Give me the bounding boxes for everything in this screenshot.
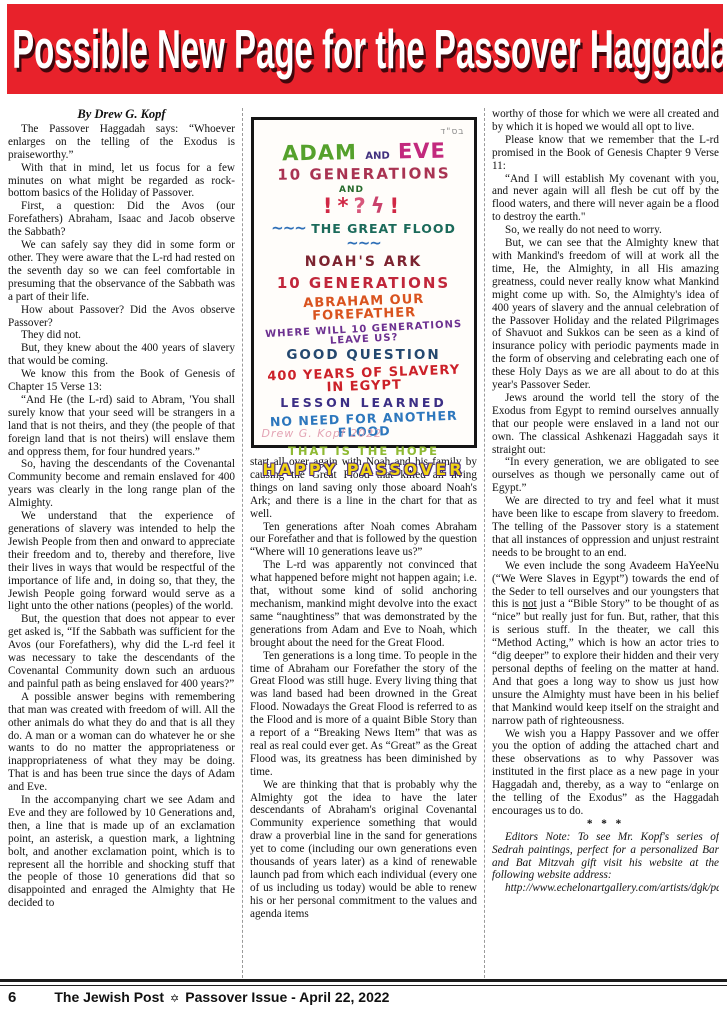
chart-line-and: AND: [242, 186, 462, 195]
column-right: worthy of those for which we were all cr…: [484, 108, 719, 978]
chart-line-happy-passover: HAPPY PASSOVER: [256, 462, 472, 478]
chart-line-adam-eve: ADAM AND EVE: [255, 140, 471, 165]
haggadah-chart: בס"ד ADAM AND EVE 10 GENERATIONS AND !*?…: [251, 117, 477, 448]
paragraph: So, having the descendants of the Covena…: [8, 458, 235, 510]
paragraph: So, we really do not need to worry.: [492, 224, 719, 237]
paragraph: The L-rd was apparently not convinced th…: [250, 559, 477, 649]
article-columns: By Drew G. Kopf The Passover Haggadah sa…: [8, 108, 719, 978]
star-of-david-icon: ✡: [170, 992, 179, 1005]
chart-line-where-will: WHERE WILL 10 GENERATIONS LEAVE US?: [255, 319, 472, 350]
page-title: A Possible New Page for the Passover Hag…: [7, 17, 723, 81]
chart-line-10-generations-2: 10 GENERATIONS: [256, 276, 472, 291]
column-middle: בס"ד ADAM AND EVE 10 GENERATIONS AND !*?…: [242, 108, 477, 978]
chart-line-lesson-learned: LESSON LEARNED: [256, 397, 472, 410]
website-url[interactable]: http://www.echelonartgallery.com/artists…: [492, 882, 719, 895]
paragraph: Jews around the world tell the story of …: [492, 392, 719, 457]
paragraph: How about Passover? Did the Avos observe…: [8, 304, 235, 330]
page-number: 6: [8, 989, 16, 1006]
paragraph: Ten generations after Noah comes Abraham…: [250, 521, 477, 560]
chart-line-good-question: GOOD QUESTION: [256, 349, 472, 363]
chart-line-symbols: !*?ϟ!: [256, 196, 472, 217]
chart-line-great-flood: ~~~ THE GREAT FLOOD ~~~: [256, 221, 472, 251]
byline: By Drew G. Kopf: [8, 108, 235, 121]
paragraph: The Passover Haggadah says: “Whoever enl…: [8, 123, 235, 162]
paragraph: worthy of those for which we were all cr…: [492, 108, 719, 134]
paragraph: In the accompanying chart we see Adam an…: [8, 794, 235, 910]
paragraph: We wish you a Happy Passover and we offe…: [492, 728, 719, 818]
paragraph-with-underline: We even include the song Avadeem HaYeeNu…: [492, 560, 719, 728]
issue-date: Passover Issue - April 22, 2022: [185, 989, 389, 1005]
paragraph: We are directed to try and feel what it …: [492, 495, 719, 560]
newspaper-page: A Possible New Page for the Passover Hag…: [0, 0, 727, 1009]
paragraph: “And He (the L-rd) said to Abram, 'You s…: [8, 394, 235, 459]
paragraph: First, a question: Did the Avos (our For…: [8, 200, 235, 239]
publication-name: The Jewish Post: [54, 989, 164, 1005]
chart-line-noahs-ark: NOAH'S ARK: [256, 255, 472, 269]
paragraph: “In every generation, we are obligated t…: [492, 456, 719, 495]
chart-line-10-generations-1: 10 GENERATIONS: [255, 166, 471, 183]
paragraph: We know this from the Book of Genesis of…: [8, 368, 235, 394]
paragraph: But, they knew about the 400 years of sl…: [8, 342, 235, 368]
article-title-banner: A Possible New Page for the Passover Hag…: [7, 4, 723, 94]
paragraph: We can safely say they did in some form …: [8, 239, 235, 304]
wave-icon: ~~~: [271, 219, 306, 237]
paragraph: With that in mind, let us focus for a fe…: [8, 162, 235, 201]
paragraph: A possible answer begins with rememberin…: [8, 691, 235, 794]
section-divider-stars: * * *: [492, 818, 719, 831]
question-mark-icon: ?: [353, 194, 370, 218]
exclamation-icon: !: [323, 194, 338, 218]
hebrew-header: בס"ד: [440, 128, 464, 137]
chart-line-hope: THAT IS THE HOPE: [256, 446, 472, 458]
artist-signature: Drew G. Kopf 2022: [262, 428, 383, 439]
paragraph: Ten generations is a long time. To peopl…: [250, 650, 477, 779]
paragraph: But, we can see that the Almighty knew t…: [492, 237, 719, 392]
asterisk-icon: *: [337, 194, 353, 218]
column-left: By Drew G. Kopf The Passover Haggadah sa…: [8, 108, 235, 978]
chart-line-400-years: 400 YEARS OF SLAVERY IN EGYPT: [255, 363, 472, 397]
paragraph: But, the question that does not appear t…: [8, 613, 235, 690]
footer-divider: [0, 979, 727, 986]
exclamation-icon: !: [390, 194, 405, 218]
page-footer: 6 The Jewish Post ✡ Passover Issue - Apr…: [8, 989, 389, 1006]
underlined-word: not: [522, 598, 536, 610]
editors-note: Editors Note: To see Mr. Kopf's series o…: [492, 831, 719, 883]
paragraph: Please know that we remember that the L-…: [492, 134, 719, 173]
lightning-bolt-icon: ϟ: [371, 194, 390, 218]
paragraph: We understand that the experience of gen…: [8, 510, 235, 613]
wave-icon: ~~~: [346, 234, 381, 252]
paragraph: We are thinking that that is probably wh…: [250, 779, 477, 921]
paragraph: “And I will establish My covenant with y…: [492, 173, 719, 225]
paragraph: They did not.: [8, 329, 235, 342]
